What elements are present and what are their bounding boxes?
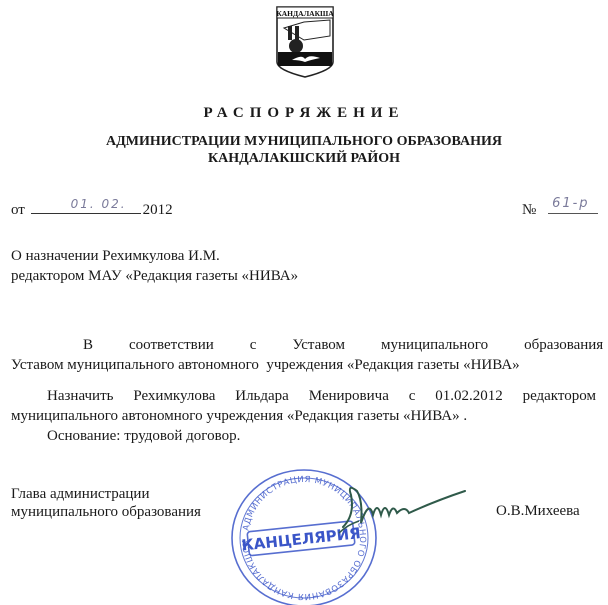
- document-title: РАСПОРЯЖЕНИЕ: [0, 105, 608, 122]
- position-line-2: муниципального образования: [11, 503, 201, 521]
- signatory-name: О.В.Михеева: [496, 503, 580, 520]
- word: 01.02.2012: [435, 386, 503, 406]
- paragraph-order: Назначить Рехимкулова Ильдара Менировича…: [11, 386, 596, 446]
- date-year: 2012: [143, 202, 173, 218]
- date-prefix: от: [11, 202, 25, 218]
- signatory-position: Глава администрации муниципального образ…: [11, 485, 201, 521]
- paragraph-basis: В соответствии с Уставом муниципального …: [11, 335, 596, 375]
- word: соответствии: [93, 335, 214, 355]
- paragraph-order-line-2: муниципального автономного учреждения «Р…: [11, 406, 596, 426]
- subject-line-2: редактором МАУ «Редакция газеты «НИВА»: [11, 266, 298, 286]
- paragraph-basis-line-2: Уставом муниципального автономного учреж…: [11, 355, 596, 375]
- subject-line-1: О назначении Рехимкулова И.М.: [11, 246, 298, 266]
- number-underline: 61-р: [548, 199, 598, 214]
- issuer-heading: АДМИНИСТРАЦИИ МУНИЦИПАЛЬНОГО ОБРАЗОВАНИЯ…: [0, 133, 608, 167]
- issuer-line-1: АДМИНИСТРАЦИИ МУНИЦИПАЛЬНОГО ОБРАЗОВАНИЯ: [0, 133, 608, 150]
- word: Кандалакшский: [603, 335, 608, 355]
- word: В: [47, 335, 93, 355]
- word: муниципального: [345, 335, 488, 355]
- word: с: [409, 386, 416, 406]
- word: Ильдара: [235, 386, 289, 406]
- emblem-label: КАНДАЛАКША: [276, 9, 334, 18]
- coat-of-arms-emblem: КАНДАЛАКША: [274, 4, 336, 80]
- word: редактором: [523, 386, 596, 406]
- date-underline: 01. 02.: [31, 199, 141, 214]
- handwritten-signature: [335, 475, 495, 545]
- word: с: [214, 335, 257, 355]
- issuer-line-2: КАНДАЛАКШСКИЙ РАЙОН: [0, 150, 608, 167]
- word: Менировича: [309, 386, 389, 406]
- word: Уставом: [256, 335, 345, 355]
- position-line-1: Глава администрации: [11, 485, 201, 503]
- number-field: № 61-р: [522, 199, 598, 219]
- word: образования: [488, 335, 603, 355]
- basis-line: Основание: трудовой договор.: [11, 426, 596, 446]
- word: Назначить: [47, 386, 113, 406]
- paragraph-order-line-1: Назначить Рехимкулова Ильдара Менировича…: [11, 386, 596, 406]
- paragraph-basis-line-1: В соответствии с Уставом муниципального …: [11, 335, 596, 355]
- subject-block: О назначении Рехимкулова И.М. редактором…: [11, 246, 298, 286]
- date-handwritten: 01. 02.: [71, 197, 127, 211]
- date-field: от 01. 02. 2012: [11, 199, 173, 219]
- number-prefix: №: [522, 202, 536, 218]
- word: Рехимкулова: [133, 386, 215, 406]
- number-handwritten: 61-р: [552, 196, 590, 211]
